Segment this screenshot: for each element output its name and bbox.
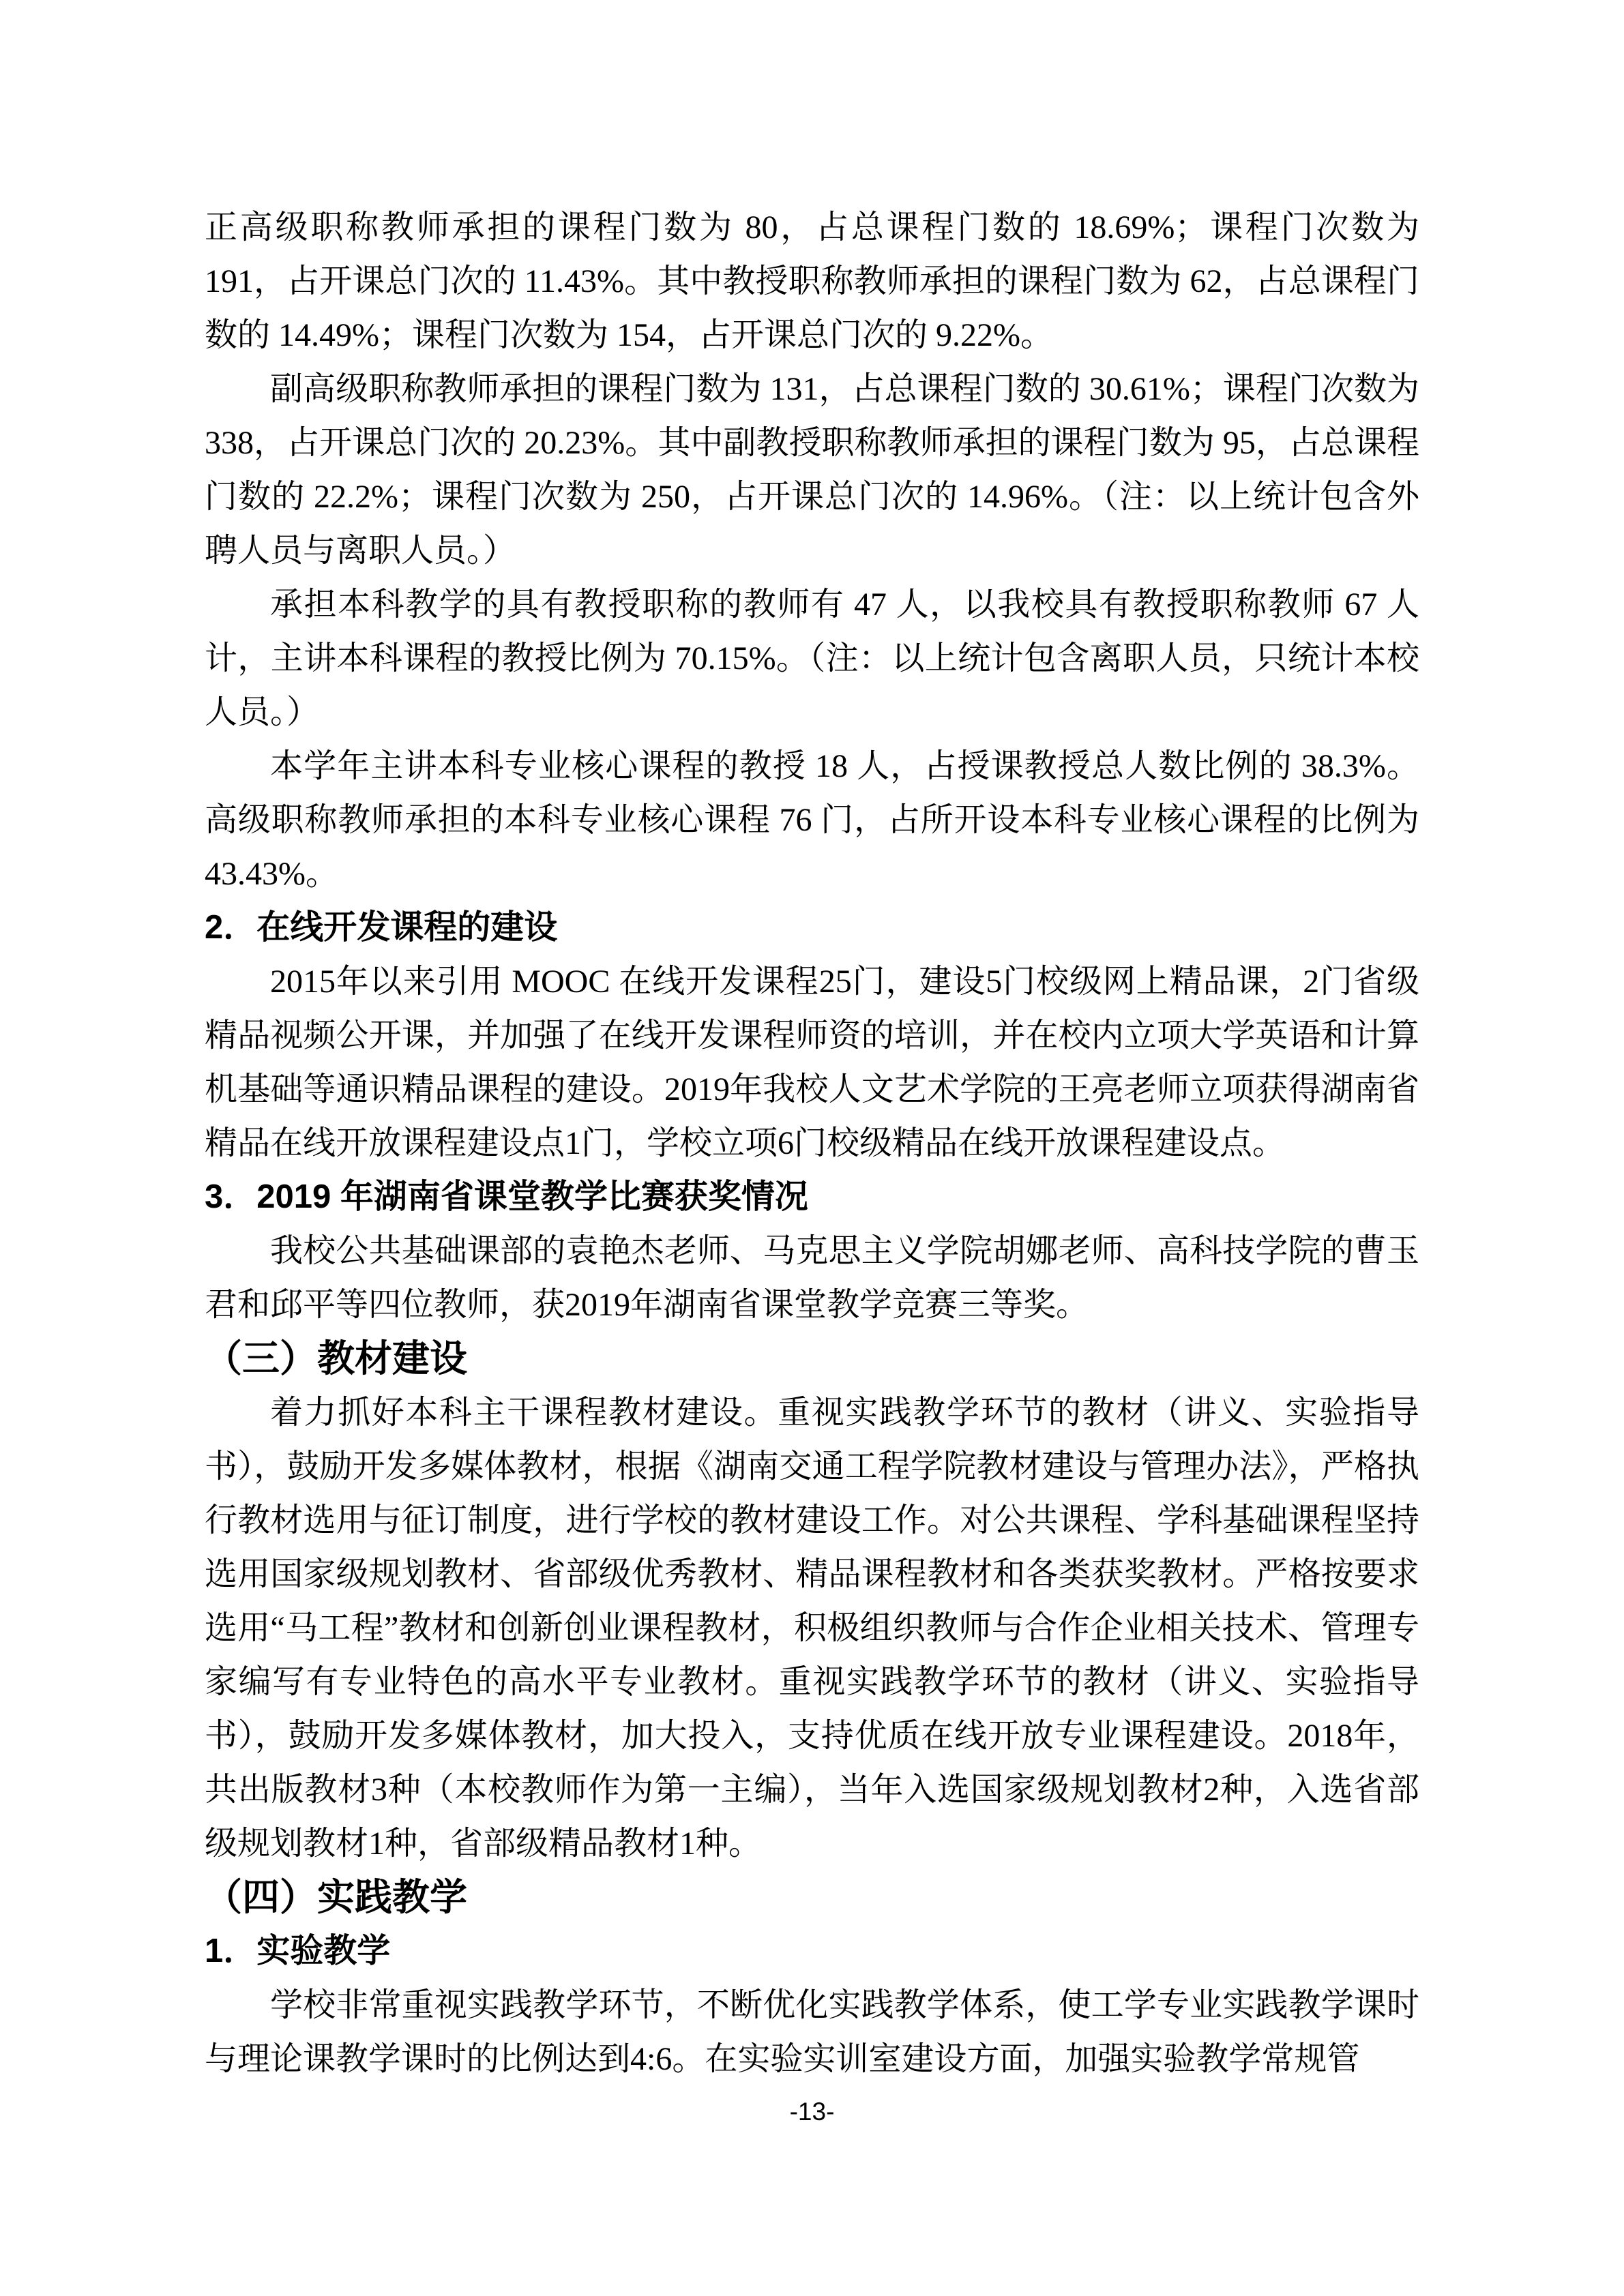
document-body: 正高级职称教师承担的课程门数为 80，占总课程门数的 18.69%；课程门次数为… — [205, 200, 1419, 2086]
paragraph: 2015年以来引用 MOOC 在线开发课程25门，建设5门校级网上精品课，2门省… — [205, 955, 1419, 1170]
document-page: 正高级职称教师承担的课程门数为 80，占总课程门数的 18.69%；课程门次数为… — [0, 0, 1624, 2296]
heading-section: （三）教材建设 — [205, 1332, 1419, 1386]
paragraph: 着力抓好本科主干课程教材建设。重视实践教学环节的教材（讲义、实验指导书），鼓励开… — [205, 1386, 1419, 1870]
paragraph: 学校非常重视实践教学环节，不断优化实践教学体系，使工学专业实践教学课时与理论课教… — [205, 1978, 1419, 2086]
paragraph: 副高级职称教师承担的课程门数为 131，占总课程门数的 30.61%；课程门次数… — [205, 362, 1419, 578]
paragraph: 承担本科教学的具有教授职称的教师有 47 人，以我校具有教授职称教师 67 人计… — [205, 578, 1419, 739]
heading-numbered: 3．2019 年湖南省课堂教学比赛获奖情况 — [205, 1170, 1419, 1224]
paragraph: 正高级职称教师承担的课程门数为 80，占总课程门数的 18.69%；课程门次数为… — [205, 200, 1419, 362]
page-number: -13- — [0, 2098, 1624, 2126]
heading-section: （四）实践教学 — [205, 1870, 1419, 1924]
heading-numbered: 2．在线开发课程的建设 — [205, 901, 1419, 955]
heading-numbered: 1．实验教学 — [205, 1924, 1419, 1978]
paragraph: 我校公共基础课部的袁艳杰老师、马克思主义学院胡娜老师、高科技学院的曹玉君和邱平等… — [205, 1224, 1419, 1332]
paragraph: 本学年主讲本科专业核心课程的教授 18 人，占授课教授总人数比例的 38.3%。… — [205, 739, 1419, 901]
